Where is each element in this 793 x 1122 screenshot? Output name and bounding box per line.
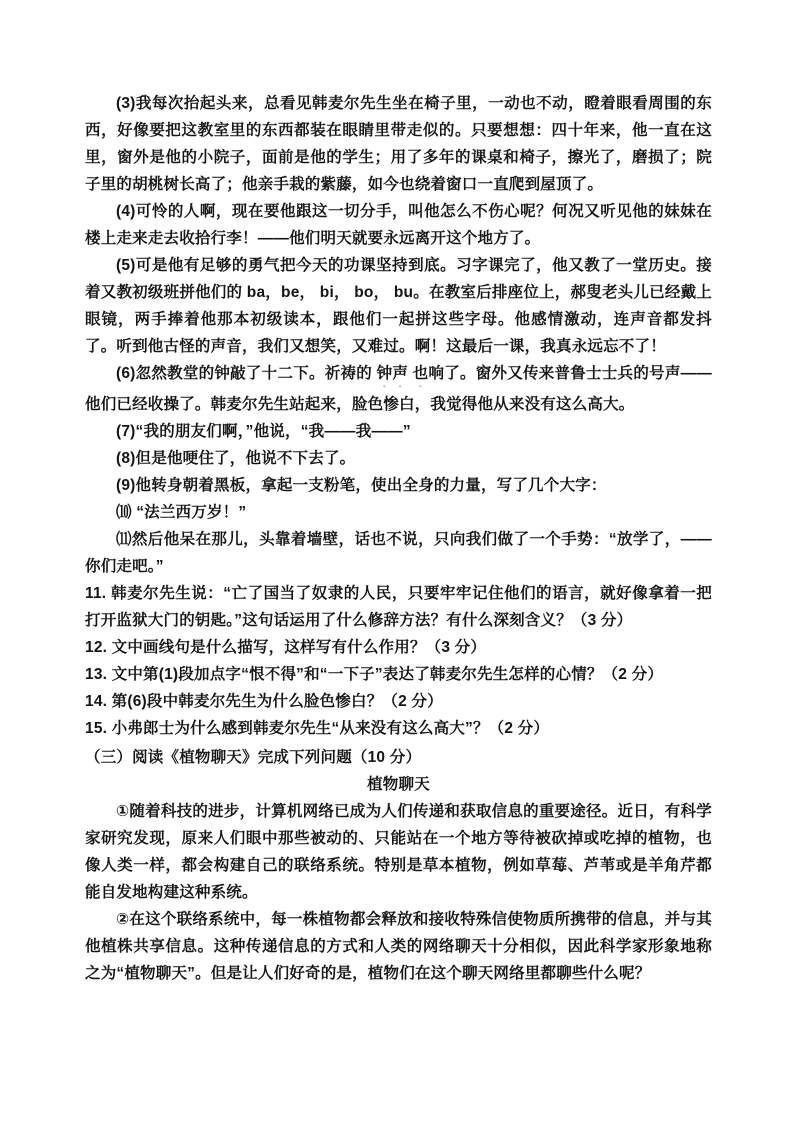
plant-chat-paragraph-2: ②在这个联络系统中，每一株植物都会释放和接收特殊信使物质所携带的信息，并与其他植…: [85, 906, 712, 987]
passage-paragraph-11: ⑾然后他呆在那儿，头靠着墙壁，话也不说，只向我们做了一个手势：“放学了，——你们…: [85, 526, 712, 580]
question-13: 13. 文中第(1)段加点字“恨不得”和“一下子”表达了韩麦尔先生怎样的心情？（…: [85, 661, 712, 688]
paragraph-6-text-before: (6)忽然教堂的钟敲了十二下。祈祷的: [116, 365, 377, 382]
exam-page: (3)我每次抬起头来，总看见韩麦尔先生坐在椅子里，一动也不动，瞪着眼看周围的东西…: [0, 0, 793, 1122]
question-14: 14. 第(6)段中韩麦尔先生为什么脸色惨白？（2 分）: [85, 688, 712, 715]
passage-paragraph-3: (3)我每次抬起头来，总看见韩麦尔先生坐在椅子里，一动也不动，瞪着眼看周围的东西…: [85, 90, 712, 198]
question-12: 12. 文中画线句是什么描写，这样写有什么作用？（3 分）: [85, 634, 712, 661]
passage-paragraph-5: (5)可是他有足够的勇气把今天的功课坚持到底。习字课完了，他又教了一堂历史。接着…: [85, 252, 712, 360]
plant-chat-paragraph-1: ①随着科技的进步，计算机网络已成为人们传递和获取信息的重要途径。近日，有科学家研…: [85, 798, 712, 906]
passage-paragraph-7: (7)“我的朋友们啊，”他说，“我——我——”: [85, 418, 712, 445]
section-three-heading: （三）阅读《植物聊天》完成下列问题（10 分）: [85, 744, 712, 771]
passage-paragraph-6: (6)忽然教堂的钟敲了十二下。祈祷的 钟声 也响了。窗外又传来普鲁士士兵的号声—…: [85, 360, 712, 418]
passage-paragraph-9: (9)他转身朝着黑板，拿起一支粉笔，使出全身的力量，写了几个大字：: [85, 472, 712, 499]
passage-paragraph-10: ⑽ “法兰西万岁！”: [85, 499, 712, 526]
plant-chat-title: 植物聊天: [85, 771, 712, 798]
question-15: 15. 小弗郎士为什么感到韩麦尔先生“从来没有这么高大”？（2 分）: [85, 715, 712, 742]
passage-paragraph-8: (8)但是他哽住了，他说不下去了。: [85, 445, 712, 472]
passage-paragraph-4: (4)可怜的人啊，现在要他跟这一切分手，叫他怎么不伤心呢？何况又听见他的妹妹在楼…: [85, 198, 712, 252]
question-11: 11. 韩麦尔先生说：“亡了国当了奴隶的人民，只要牢牢记住他们的语言，就好像拿着…: [85, 580, 712, 634]
paragraph-6-emphasized-words: 钟声 也: [377, 365, 429, 382]
